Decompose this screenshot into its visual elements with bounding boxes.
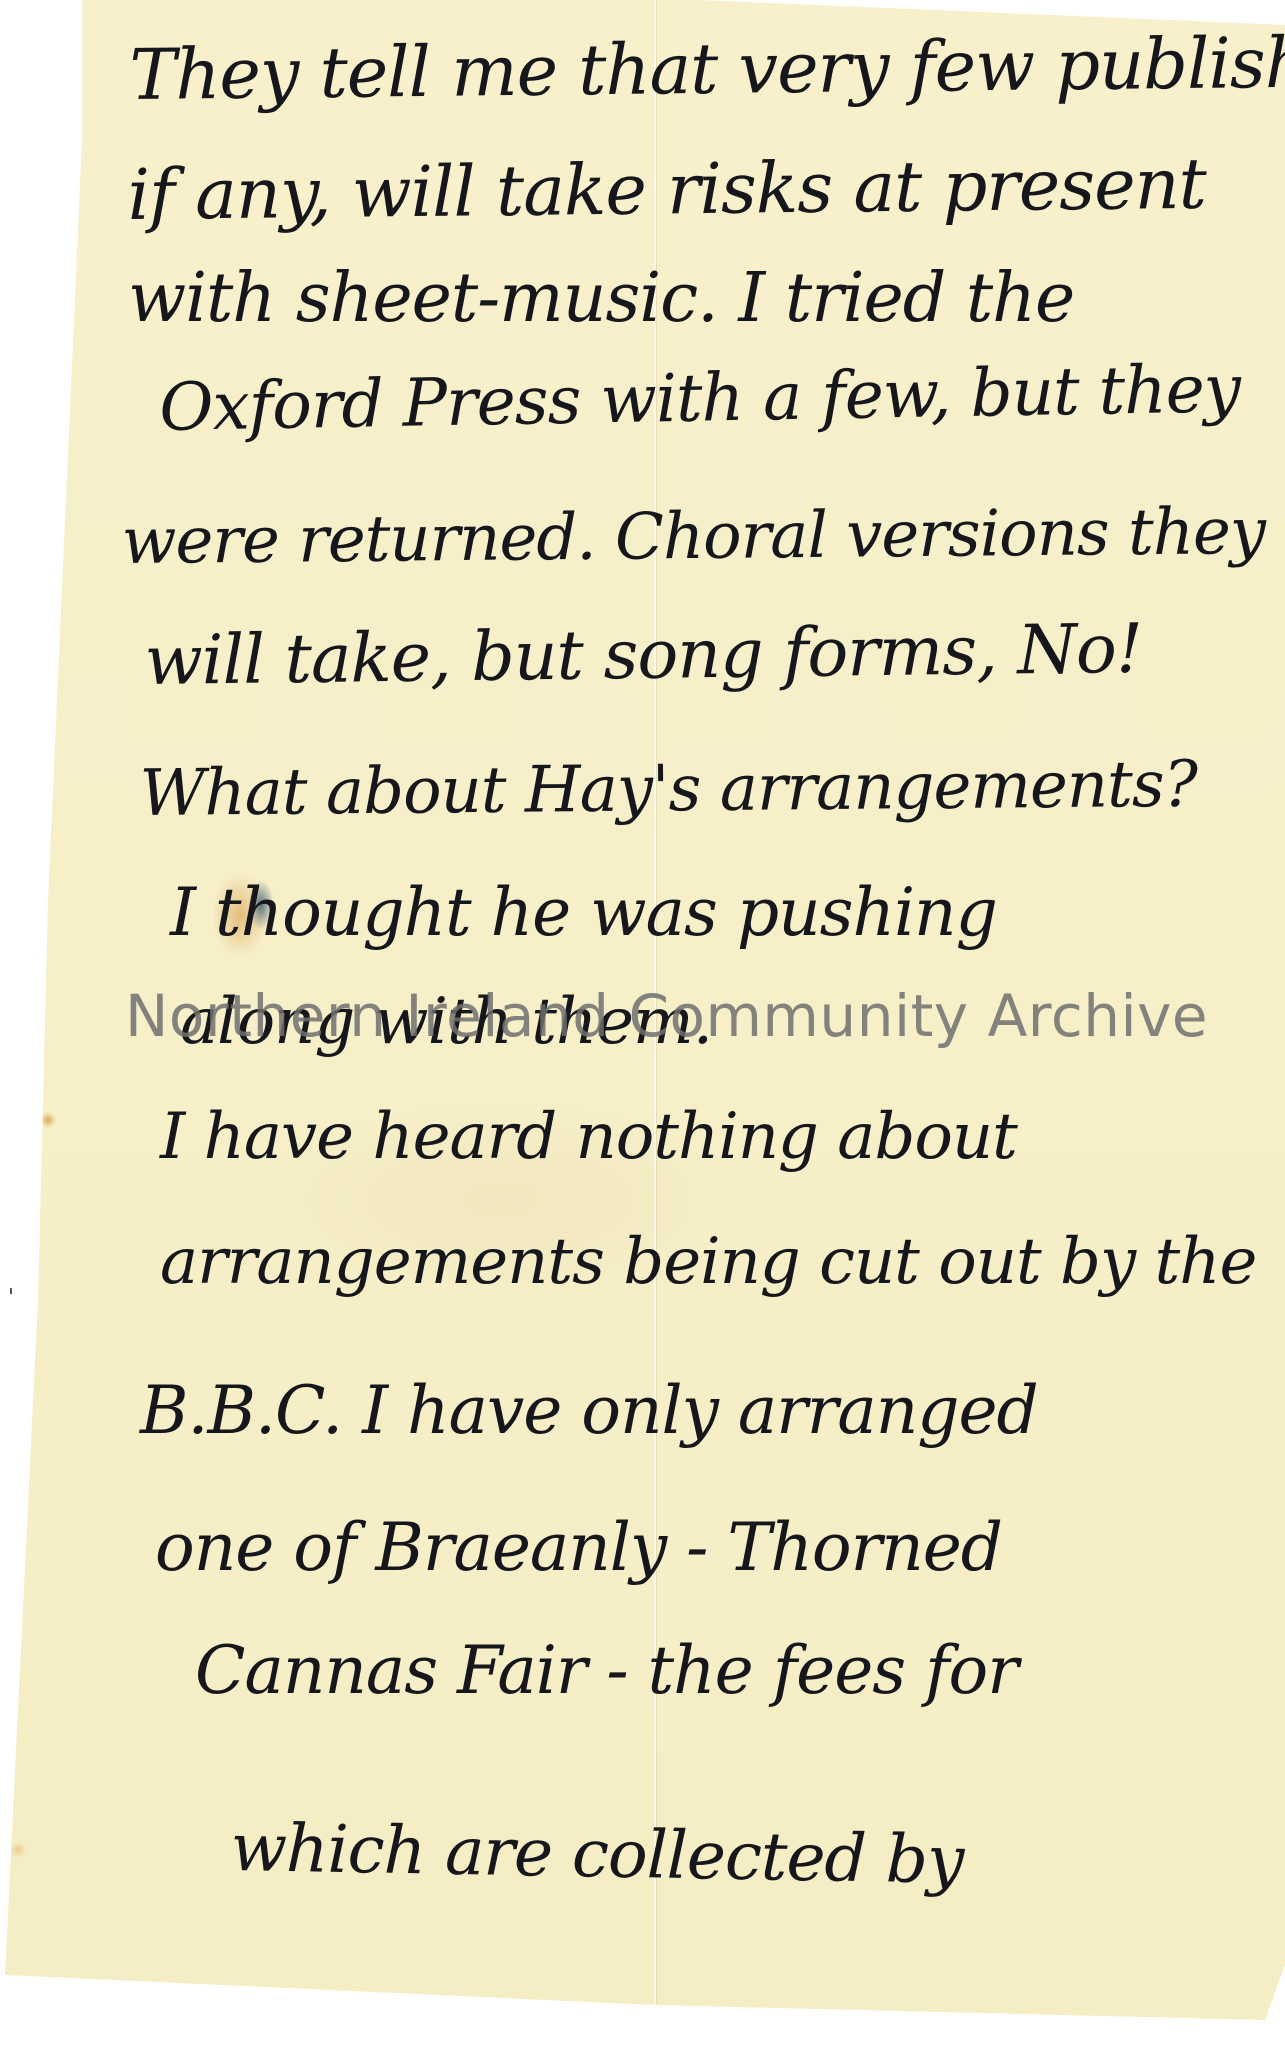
handwritten-line: I have heard nothing about	[160, 1105, 1017, 1169]
handwritten-line: Cannas Fair - the fees for	[195, 1638, 1018, 1704]
handwritten-line: I thought he was pushing	[170, 880, 997, 946]
handwritten-line: B.B.C. I have only arranged	[140, 1378, 1038, 1444]
handwritten-line: one of Braeanly - Thorned	[155, 1515, 1002, 1581]
handwritten-line: They tell me that very few publishers,	[129, 26, 1285, 110]
handwritten-line: will take, but song forms, No!	[144, 616, 1142, 696]
scan-speck	[10, 1288, 12, 1294]
handwritten-line: with sheet-music. I tried the	[128, 265, 1074, 333]
handwritten-line: which are collected by	[230, 1815, 964, 1894]
handwritten-line: What about Hay's arrangements?	[139, 753, 1197, 826]
handwritten-line: were returned. Choral versions they	[121, 500, 1265, 574]
handwritten-line: if any, will take risks at present	[127, 149, 1206, 230]
archive-watermark: Northern Ireland Community Archive	[125, 982, 1208, 1050]
handwritten-line: Oxford Press with a few, but they	[159, 356, 1241, 441]
handwritten-line: arrangements being cut out by the	[160, 1230, 1256, 1294]
